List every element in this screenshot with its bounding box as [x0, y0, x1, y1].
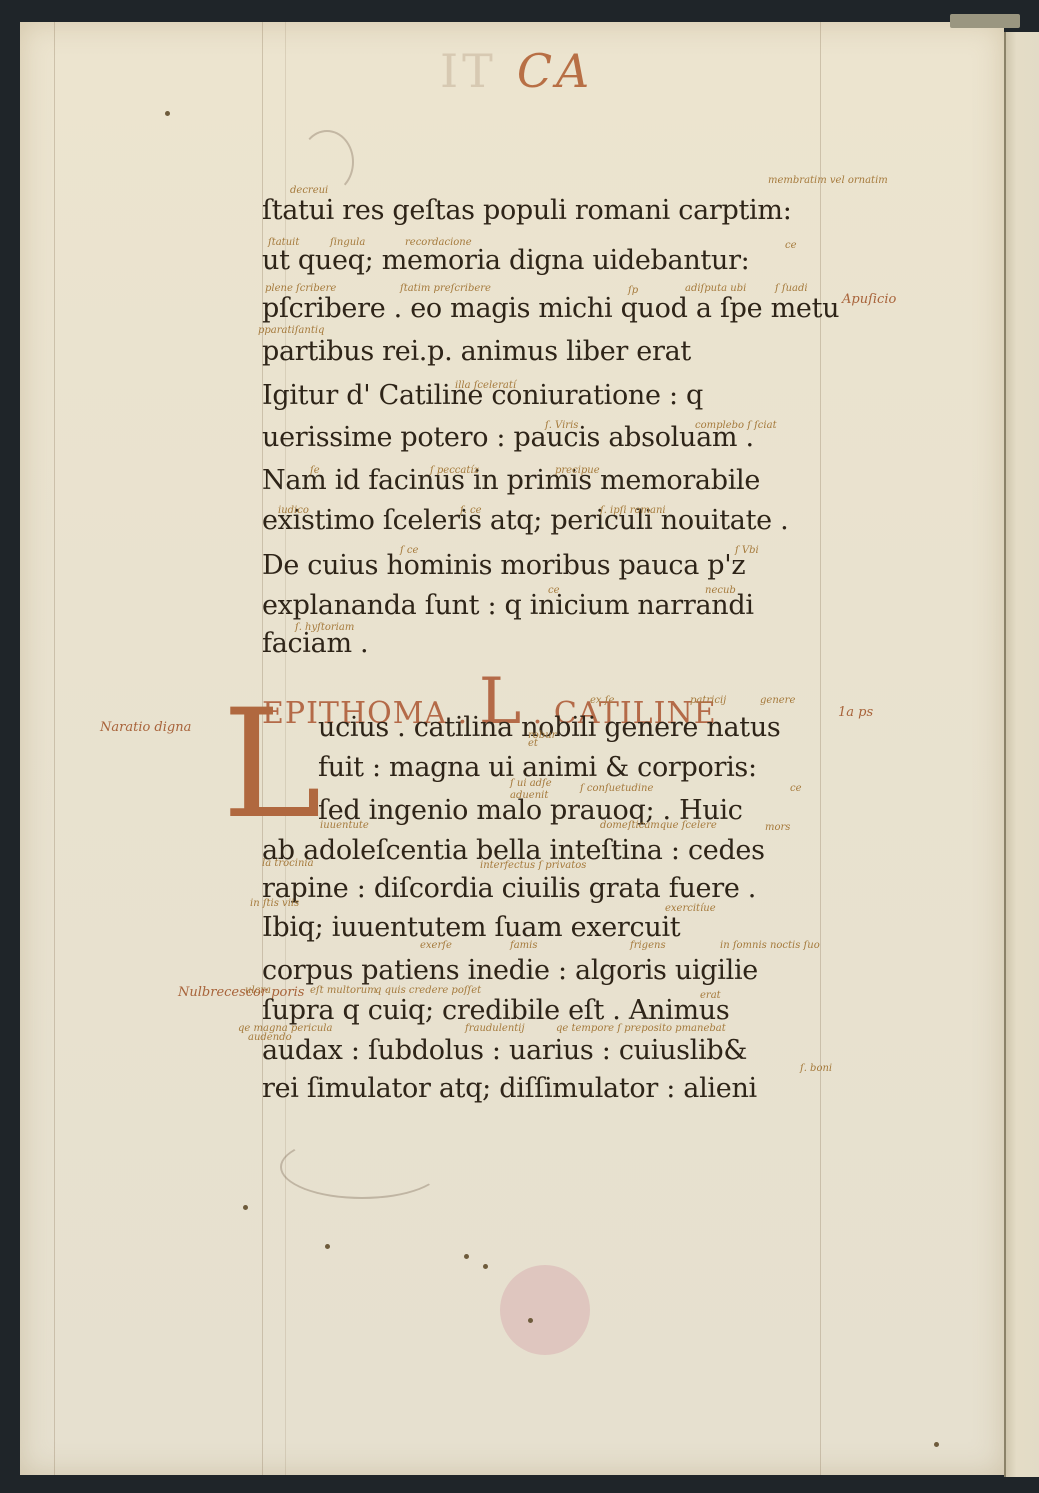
ruling-line-right [820, 22, 821, 1475]
gloss: membratim vel ornatim [768, 175, 888, 186]
gloss: erat [700, 990, 721, 1001]
gloss: ſ peccatíz [430, 465, 479, 476]
wormhole [464, 1254, 469, 1259]
adjacent-page-edge [1004, 32, 1039, 1477]
wormhole [483, 1264, 488, 1269]
text-line: pſcribere . eo magis michi quod a ſpe me… [262, 293, 839, 324]
gloss: iudico [278, 505, 309, 516]
gloss: iuuentute [320, 820, 369, 831]
margin-note: Naratio digna [100, 720, 191, 735]
gloss: ſ. hyſtoriam [295, 622, 354, 633]
faint-mark: IT [440, 44, 497, 98]
gloss: frigens [630, 940, 666, 951]
text-line: explananda ſunt : q inicium narrandi [262, 590, 754, 621]
margin-note: Apuſicio [842, 292, 896, 307]
gloss: recordacione [405, 237, 472, 248]
gloss: ſ ui adſe [510, 778, 552, 789]
gloss: complebo ſ ſciat [695, 420, 777, 431]
text-line: ſupra q cuiq; credibile eſt . Animus [262, 995, 729, 1026]
gloss: ſtatim preſcribere [400, 283, 491, 294]
gloss: precipue [555, 465, 600, 476]
gloss: mors [765, 822, 790, 833]
wormhole [243, 1205, 248, 1210]
gloss: pparatiſantiq [258, 325, 324, 336]
gloss: ſ. ipſi romani [600, 505, 666, 516]
ruling-line-outer [54, 22, 55, 1475]
gloss: patricij [690, 695, 726, 706]
gloss: ſ ce [400, 545, 418, 556]
gloss: exercitíue [665, 903, 716, 914]
gloss: in ſtis viis [250, 898, 299, 909]
gloss: fraudulentij [465, 1023, 525, 1034]
text-line: existimo ſceleris atq; periculi nouitate… [262, 505, 788, 536]
gloss: aduenit [510, 790, 548, 801]
gloss: in ſomnis noctis ſuo [720, 940, 820, 951]
faint-flourish-bottom [280, 1135, 444, 1199]
gloss: famis [510, 940, 537, 951]
gloss: ſe [310, 465, 320, 476]
wormhole [934, 1442, 939, 1447]
gloss: eſt multorum [310, 985, 377, 996]
gloss: domeſticamque ſcelere [600, 820, 717, 831]
gloss: ſingula [330, 237, 365, 248]
wormhole [325, 1244, 330, 1249]
gloss: necub [705, 585, 736, 596]
gloss: plene ſcribere [265, 283, 336, 294]
margin-note: Nulbrecescor poris [178, 985, 304, 1000]
manuscript-page [20, 22, 1004, 1475]
gloss: ce [790, 783, 802, 794]
folio-header: ITCA [440, 44, 593, 98]
wormhole [528, 1318, 533, 1323]
gloss: ſp [628, 285, 638, 296]
gloss: la trocinia [262, 858, 314, 869]
gloss: ſ ſuadi [775, 283, 808, 294]
quire-signature: CA [517, 44, 593, 98]
gloss: illa ſceleratí [455, 380, 516, 391]
page-tab [950, 14, 1020, 28]
ink-spot [165, 111, 170, 116]
gloss: ſ. Viris [545, 420, 578, 431]
gloss: qe tempore ſ preposito pmanebat [556, 1023, 726, 1034]
text-line: corpus patiens inedie : algoris uigilie [262, 955, 758, 986]
text-line: rei ſimulator atq; diſſimulator : alieni [262, 1073, 757, 1104]
gloss: genere [760, 695, 795, 706]
text-line: De cuius hominis moribus pauca p'z [262, 550, 745, 581]
gloss: q quis credere poſſet [375, 985, 481, 996]
gloss: ſ. boni [800, 1063, 832, 1074]
gloss: ſ. ce [460, 505, 482, 516]
text-line: partibus rei.p. animus liber erat [262, 336, 691, 367]
text-line: ut queq; memoria digna uidebantur: [262, 245, 749, 276]
gloss: audendo [248, 1032, 292, 1043]
text-line: rapine : diſcordia ciuilis grata fuere . [262, 873, 756, 904]
gloss: interfectus ſ privatos [480, 860, 586, 871]
text-line: audax : ſubdolus : uarius : cuiuslib& [262, 1035, 747, 1066]
gloss: ce [785, 240, 797, 251]
decorated-initial: L [222, 690, 322, 840]
gloss: ſ Vbi [735, 545, 759, 556]
gloss: exerſe [420, 940, 452, 951]
margin-note: 1a ps [838, 705, 873, 720]
gloss: ſ conſuetudine [580, 783, 653, 794]
text-line: Ibiq; iuuentutem ſuam exercuit [262, 912, 680, 943]
library-stamp [500, 1265, 590, 1355]
text-line: uerissime potero : paucis absoluam . [262, 422, 754, 453]
gloss: ce [548, 585, 560, 596]
text-line: Nam id facinus in primis memorabile [262, 465, 760, 496]
gloss: ex ſe [590, 695, 614, 706]
text-line: ſtatui res geſtas populi romani carptim: [262, 195, 792, 226]
gloss: ſtatuit [268, 237, 299, 248]
gloss: decreui [290, 185, 328, 196]
gloss: robur [528, 730, 556, 741]
gloss: adiſputa ubi [685, 283, 746, 294]
